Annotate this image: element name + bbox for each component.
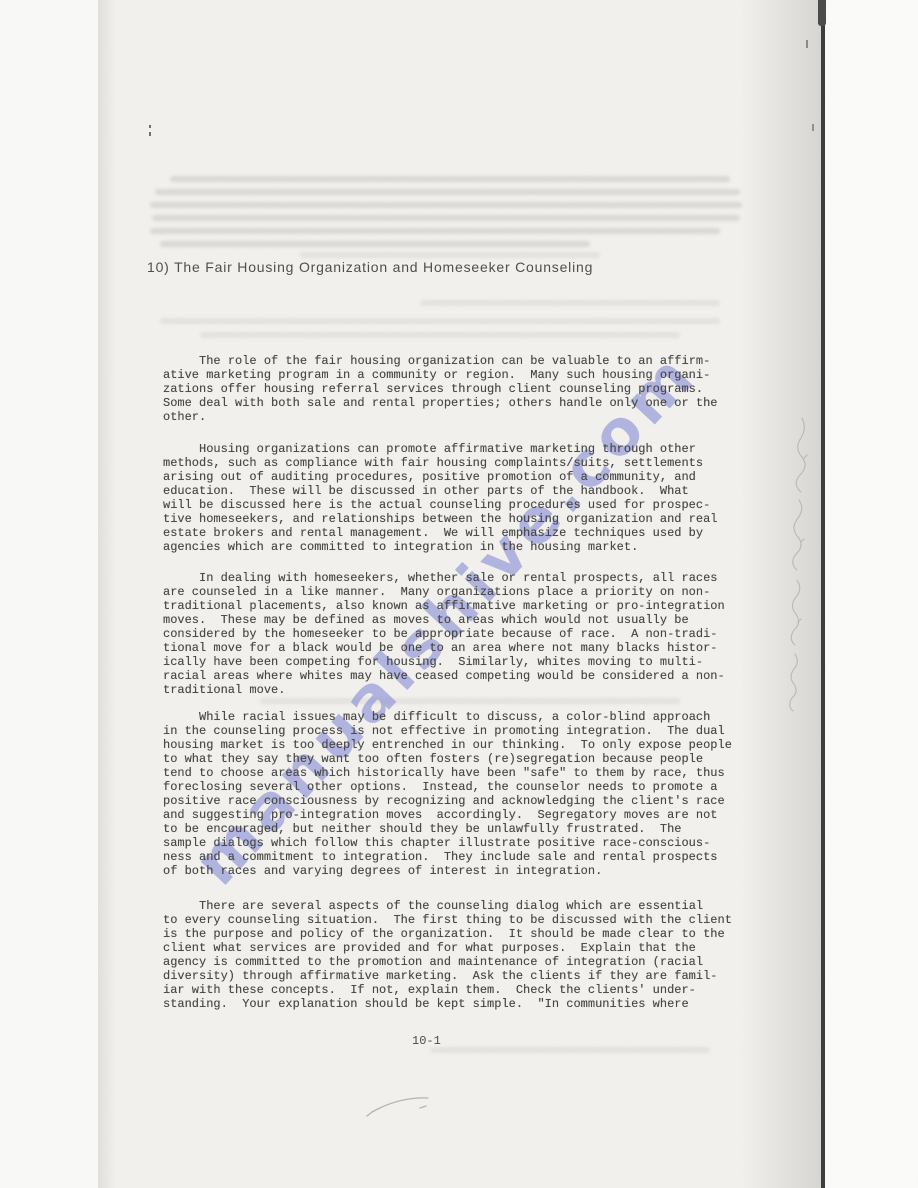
bleedthrough-smudge [152, 215, 740, 221]
bleedthrough-smudge [420, 300, 720, 306]
stray-ink-mark [149, 125, 151, 128]
stray-ink-mark [812, 124, 814, 131]
page-number: 10-1 [412, 1034, 441, 1048]
page-edge-shadow [821, 0, 825, 1188]
bleedthrough-smudge [200, 332, 680, 338]
stray-ink-mark [806, 40, 808, 48]
bleedthrough-smudge [150, 228, 720, 234]
scanner-background-right [826, 0, 918, 1188]
bleedthrough-smudge [170, 176, 730, 182]
scanner-background-left [0, 0, 98, 1188]
bleedthrough-smudge [300, 252, 600, 258]
scanned-document-screenshot: manualshive.com 10) The Fair Housing Org… [0, 0, 918, 1188]
paragraph-5: There are several aspects of the counsel… [163, 899, 763, 1011]
bleedthrough-smudge [160, 318, 720, 324]
bleedthrough-smudge [160, 241, 590, 247]
page-edge-shadow [818, 0, 826, 26]
bleedthrough-smudge [150, 202, 742, 208]
paragraph-1: The role of the fair housing organizatio… [163, 354, 763, 424]
paragraph-3: In dealing with homeseekers, whether sal… [163, 571, 763, 697]
bleedthrough-smudge [430, 1047, 710, 1053]
body-text: The role of the fair housing organizatio… [163, 354, 763, 1011]
paragraph-4: While racial issues may be difficult to … [163, 710, 763, 878]
bleedthrough-smudge [155, 189, 740, 195]
pencil-mark [362, 1088, 446, 1122]
handwritten-marginalia [778, 412, 822, 742]
chapter-heading: 10) The Fair Housing Organization and Ho… [147, 259, 593, 275]
stray-ink-mark [149, 132, 151, 136]
paragraph-2: Housing organizations can promote affirm… [163, 442, 763, 554]
